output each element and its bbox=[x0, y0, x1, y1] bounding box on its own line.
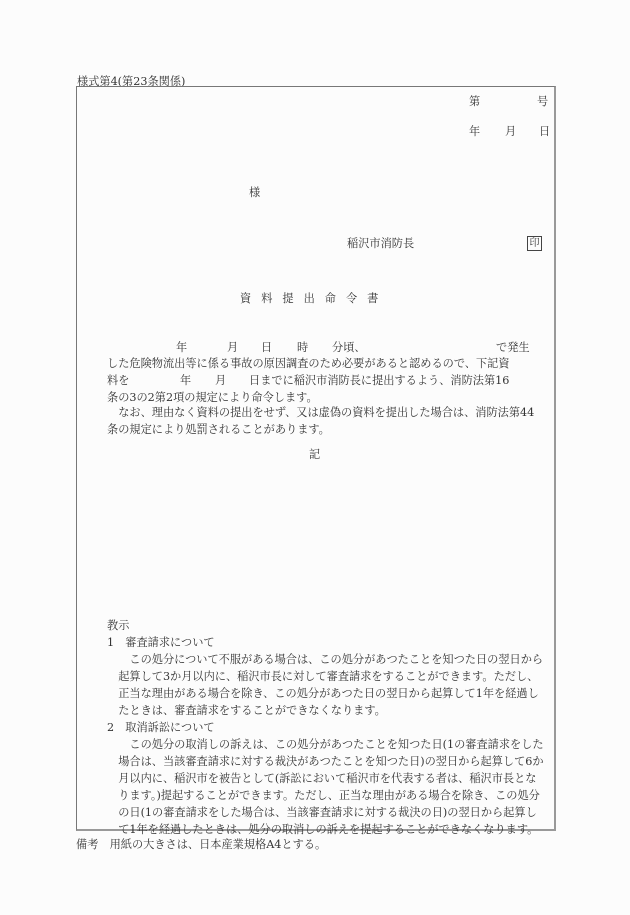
incident-hour: 時 bbox=[297, 339, 308, 355]
issuer-line: 稲沢市消防長 印 bbox=[347, 235, 547, 251]
instruction-1-title: 1 審査請求について bbox=[107, 634, 547, 651]
deadline-month: 月 bbox=[215, 372, 226, 388]
penalty-paragraph: なお、理由なく資料の提出をせず、又は虚偽の資料を提出した場合は、消防法第44条の… bbox=[107, 405, 537, 438]
deadline-year: 年 bbox=[180, 372, 191, 388]
instruction-1-text: この処分について不服がある場合は、この処分があつたことを知つた日の翌日から起算し… bbox=[107, 651, 547, 719]
incident-day: 日 bbox=[261, 339, 272, 355]
body-line-4: 条の3の2第2項の規定により命令します。 bbox=[107, 389, 318, 405]
remarks-note: 備考 用紙の大きさは、日本産業規格A4とする。 bbox=[76, 836, 326, 852]
number-suffix: 号 bbox=[537, 93, 548, 109]
document-title: 資料提出命令書 bbox=[240, 290, 388, 306]
incident-minute: 分頃、 bbox=[332, 339, 366, 355]
instructions-heading: 教示 bbox=[107, 617, 547, 634]
issuer-name: 稲沢市消防長 bbox=[347, 237, 414, 250]
addressee-suffix: 様 bbox=[249, 184, 260, 200]
record-heading: 記 bbox=[309, 446, 320, 462]
date-year: 年 bbox=[469, 123, 480, 139]
instructions-section: 教示 1 審査請求について この処分について不服がある場合は、この処分があつたこ… bbox=[107, 617, 547, 838]
instruction-2-title: 2 取消訴訟について bbox=[107, 719, 547, 736]
document-frame: 第 号 年 月 日 様 稲沢市消防長 印 資料提出命令書 年 月 日 時 分頃、… bbox=[76, 86, 556, 831]
instruction-2-text: この処分の取消しの訴えは、この処分があつたことを知つた日(1の審査請求をした場合… bbox=[107, 736, 547, 838]
incident-month: 月 bbox=[227, 339, 238, 355]
date-day: 日 bbox=[539, 123, 550, 139]
incident-year: 年 bbox=[176, 339, 187, 355]
body-line-2: した危険物流出等に係る事故の原因調査のため必要があると認めるので、下記資 bbox=[107, 355, 510, 371]
date-month: 月 bbox=[505, 123, 516, 139]
incident-location-suffix: で発生 bbox=[496, 339, 530, 355]
number-prefix: 第 bbox=[469, 93, 480, 109]
seal-mark-icon: 印 bbox=[527, 236, 542, 251]
